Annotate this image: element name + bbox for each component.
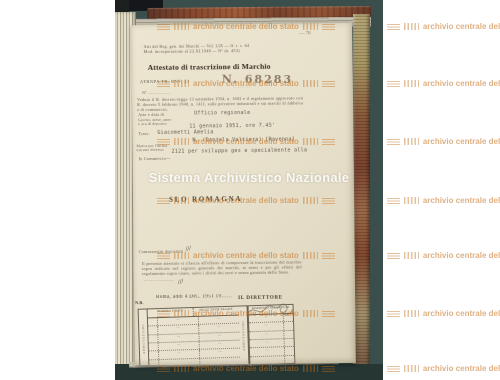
orange-watermark-row: archivio centrale dello stato archivio c…	[115, 364, 500, 373]
table-cell	[149, 343, 159, 351]
table-cell: —	[200, 349, 240, 358]
field-label-in-commercio: In Commercio—	[139, 156, 171, 161]
watermark-segment: archivio centrale dello stato	[387, 251, 500, 260]
watermark-segment: archivio centrale dello stato	[387, 364, 500, 373]
watermark-bars-icon	[387, 310, 400, 317]
register-photo: — 78 Atti del Reg. gen. dei Marchi — Vol…	[115, 0, 383, 380]
watermark-bars-icon	[303, 252, 318, 259]
table-cell	[148, 318, 158, 326]
table-cell	[250, 356, 285, 364]
white-watermark-text: Sistema Archivistico Nazionale	[115, 170, 383, 185]
watermark-bars-icon	[303, 365, 318, 372]
watermark-bars-icon	[404, 310, 419, 317]
table-cell	[285, 339, 294, 347]
table-cell	[285, 356, 294, 364]
watermark-segment: archivio centrale dello stato	[387, 309, 500, 318]
orange-watermark-text: archivio centrale dello stato	[423, 137, 500, 146]
watermark-segment: archivio centrale dello stato	[157, 251, 335, 260]
orange-watermark-row: archivio centrale dello stato archivio c…	[115, 22, 500, 31]
table-cell	[148, 335, 158, 343]
watermark-bars-icon	[174, 23, 189, 30]
field-value-titolare: Giacometti Amelia	[157, 129, 213, 136]
field-label-atto: Atto e data di	[138, 112, 164, 117]
watermark-bars-icon	[174, 252, 189, 259]
nota-bene-label: N.B.	[135, 300, 143, 305]
orange-watermark-text: archivio centrale dello stato	[193, 251, 299, 260]
watermark-segment: archivio centrale dello stato	[157, 196, 335, 205]
watermark-bars-icon	[174, 197, 189, 204]
orange-watermark-text: archivio centrale dello stato	[193, 309, 299, 318]
table-cell: —	[250, 347, 285, 355]
watermark-bars-icon	[387, 80, 400, 87]
date-line: Roma, addì 4 DIC. 1951 19……	[156, 294, 232, 300]
registry-number-line: N° ……………	[142, 91, 170, 96]
watermark-bars-icon	[157, 252, 170, 259]
watermark-segment: archivio centrale dello stato	[387, 196, 500, 205]
table-cell	[148, 326, 158, 334]
orange-watermark-row: archivio centrale dello stato archivio c…	[115, 79, 500, 88]
folio-number: — 78	[299, 31, 310, 36]
watermark-bars-icon	[157, 23, 170, 30]
table-cell: —	[249, 331, 284, 339]
watermark-bars-icon	[322, 80, 335, 87]
orange-watermark-row: archivio centrale dello stato archivio c…	[115, 137, 500, 146]
watermark-bars-icon	[322, 252, 335, 259]
watermark-bars-icon	[322, 310, 335, 317]
field-label-data-deposito: Giorno, mese, anno e ora di deposito	[138, 118, 184, 127]
orange-watermark-text: archivio centrale dello stato	[423, 22, 500, 31]
orange-watermark-text: archivio centrale dello stato	[193, 22, 299, 31]
orange-watermark-text: archivio centrale dello stato	[193, 137, 299, 146]
handwritten-slashes-2: ///	[177, 278, 184, 286]
watermark-bars-icon	[157, 197, 170, 204]
watermark-segment: archivio centrale dello stato	[387, 137, 500, 146]
archival-scan-viewer: — 78 Atti del Reg. gen. dei Marchi — Vol…	[0, 0, 500, 380]
watermark-segment: archivio centrale dello stato	[157, 309, 335, 318]
orange-watermark-text: archivio centrale dello stato	[193, 79, 299, 88]
table-cell: —	[158, 317, 199, 326]
table-left-vertical-label: ANNOTAZIONI	[142, 323, 146, 353]
orange-watermark-text: archivio centrale dello stato	[423, 364, 500, 373]
watermark-bars-icon	[157, 310, 170, 317]
page-title: Attestato di trascrizione di Marchio	[148, 61, 348, 72]
watermark-bars-icon	[157, 80, 170, 87]
orange-watermark-text: archivio centrale dello stato	[423, 196, 500, 205]
table-cell: —	[249, 322, 284, 330]
watermark-bars-icon	[404, 23, 419, 30]
watermark-bars-icon	[387, 365, 400, 372]
watermark-bars-icon	[303, 23, 318, 30]
table-mid-vertical-label: ANNOTAZIONI	[242, 320, 246, 350]
watermark-bars-icon	[303, 197, 318, 204]
watermark-bars-icon	[322, 197, 335, 204]
watermark-bars-icon	[157, 365, 170, 372]
orange-watermark-text: archivio centrale dello stato	[193, 196, 299, 205]
watermark-bars-icon	[322, 23, 335, 30]
watermark-bars-icon	[387, 23, 400, 30]
watermark-bars-icon	[404, 252, 419, 259]
watermark-bars-icon	[322, 138, 335, 145]
table-cell: —	[159, 342, 200, 351]
table-cell: —	[199, 324, 239, 333]
watermark-bars-icon	[387, 252, 400, 259]
field-value-ufficio: Ufficio regionale	[194, 110, 250, 117]
table-cell	[284, 331, 293, 339]
dotted-line: …………………	[144, 278, 175, 283]
orange-watermark-text: archivio centrale dello stato	[423, 251, 500, 260]
watermark-bars-icon	[157, 138, 170, 145]
orange-watermark-text: archivio centrale dello stato	[423, 79, 500, 88]
table-row	[250, 356, 294, 365]
watermark-bars-icon	[174, 310, 189, 317]
table-cell: —	[158, 325, 199, 334]
orange-watermark-text: archivio centrale dello stato	[193, 364, 299, 373]
watermark-segment: archivio centrale dello stato	[157, 22, 335, 31]
table-cell: —	[158, 333, 199, 342]
orange-watermark-row: archivio centrale dello stato archivio c…	[115, 251, 500, 260]
orange-watermark-text: archivio centrale dello stato	[423, 309, 500, 318]
watermark-bars-icon	[404, 365, 419, 372]
watermark-bars-icon	[404, 138, 419, 145]
watermark-bars-icon	[174, 80, 189, 87]
orange-watermark-row: archivio centrale dello stato archivio c…	[115, 196, 500, 205]
table-cell: —	[199, 332, 239, 341]
table-cell: —	[250, 339, 285, 347]
watermark-bars-icon	[174, 365, 189, 372]
watermark-bars-icon	[387, 138, 400, 145]
table-cell: —	[200, 341, 240, 350]
watermark-bars-icon	[322, 365, 335, 372]
watermark-segment: archivio centrale dello stato	[157, 79, 335, 88]
field-value-classi: 2121 per sviluppo ges e specialmente all…	[172, 147, 308, 154]
watermark-bars-icon	[404, 80, 419, 87]
table-cell	[149, 351, 159, 359]
orange-watermark-row: archivio centrale dello stato archivio c…	[115, 309, 500, 318]
watermark-segment: archivio centrale dello stato	[387, 79, 500, 88]
watermark-bars-icon	[303, 310, 318, 317]
watermark-bars-icon	[303, 80, 318, 87]
register-reference: Atti del Reg. gen. dei Marchi — Vol. LIX…	[143, 43, 265, 54]
table-cell	[284, 322, 293, 330]
watermark-segment: archivio centrale dello stato	[157, 137, 335, 146]
register-reference-line2: Mod. incorporazione al 23.XI.1948 — N° (…	[143, 48, 239, 54]
watermark-bars-icon	[404, 197, 419, 204]
table-cell: —	[159, 350, 200, 359]
watermark-segment: archivio centrale dello stato	[387, 22, 500, 31]
field-label-trascritto: Trasc.	[138, 131, 150, 136]
watermark-bars-icon	[303, 138, 318, 145]
watermark-segment: archivio centrale dello stato	[157, 364, 335, 373]
table-cell	[285, 347, 294, 355]
closing-clause: Il presente attestato si rilascia all'ef…	[142, 259, 302, 276]
watermark-bars-icon	[174, 138, 189, 145]
watermark-bars-icon	[387, 197, 400, 204]
